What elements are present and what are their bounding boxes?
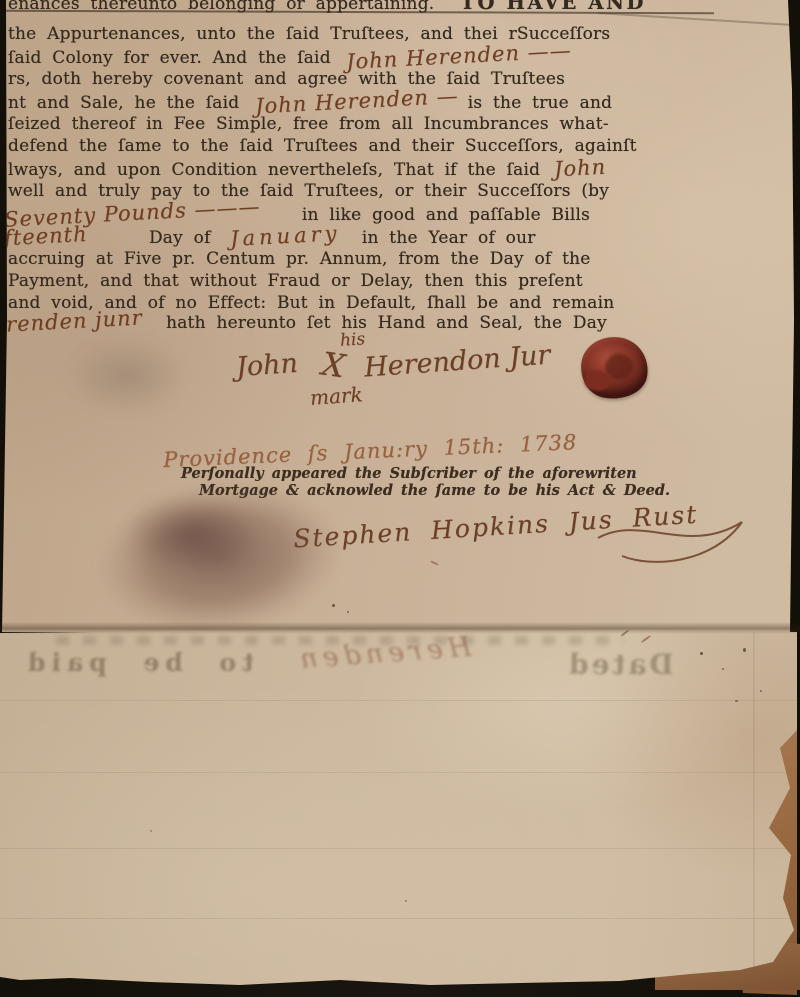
printed-text: lways, and upon Condition nevertheleſs, … <box>8 160 540 180</box>
printed-text: is the true and <box>468 93 612 113</box>
deed-upper-leaf: enances thereunto belonging or appertain… <box>0 0 800 632</box>
printed-line-9: well and truly pay to the ſaid Truſtees,… <box>8 181 609 201</box>
fold-shadow <box>0 622 800 634</box>
show-through-text-dated: Dated <box>566 648 674 681</box>
printed-line-6: ſeized thereof in Fee Simple, free from … <box>8 114 609 134</box>
printed-text: hath hereunto ſet his Hand and Seal, the… <box>166 313 607 333</box>
paper-crease <box>0 848 800 849</box>
printed-text: Day of <box>149 228 211 248</box>
signature-flourish <box>592 512 752 570</box>
printed-text: well and truly pay to the ſaid Truſtees,… <box>8 181 609 201</box>
ink-speck <box>722 668 724 670</box>
ack-printed-line-1: Perſonally appeared the Subſcriber of th… <box>181 465 637 482</box>
ink-speck <box>743 648 746 652</box>
printed-line-11: fteenth Day of January in the Year of ou… <box>8 226 536 248</box>
paper-crease <box>0 918 800 919</box>
blank-lower-leaf: to be paid Herenden Dated <box>0 630 800 997</box>
printed-line-10: Seventy Pounds ——— in like good and paſſ… <box>8 203 590 225</box>
handwritten-name-john: John <box>553 157 606 180</box>
paper-crease <box>0 700 800 701</box>
printed-text: Payment, and that without Fraud or Delay… <box>8 271 583 291</box>
printed-text: in like good and paſſable Bills <box>302 205 590 225</box>
printed-line-4: rs, doth hereby covenant and agree with … <box>8 69 565 89</box>
printed-text: ſaid Colony for ever. And the ſaid <box>8 48 331 68</box>
printed-text: nt and Sale, he the ſaid <box>8 93 239 113</box>
ink-speck <box>405 900 407 902</box>
printed-line-3: ſaid Colony for ever. And the ſaid John … <box>8 46 572 68</box>
ink-speck <box>735 700 738 702</box>
printed-line-5: nt and Sale, he the ſaid John Herenden —… <box>8 91 612 113</box>
handwritten-name-john-herenden: John Herenden —— <box>346 40 572 72</box>
handwritten-january: January <box>230 223 341 249</box>
printed-text: rs, doth hereby covenant and agree with … <box>8 69 565 89</box>
paper-crease-vertical <box>753 632 755 982</box>
printed-text: defend the ſame to the ſaid Truſtees and… <box>8 136 637 156</box>
printed-line-15: renden junr hath hereunto ſet his Hand a… <box>8 311 607 333</box>
ink-speck <box>700 652 703 655</box>
gray-smudge <box>52 328 202 424</box>
printed-line-7: defend the ſame to the ſaid Truſtees and… <box>8 136 637 156</box>
signature-herendon-jur: Herendon Jur <box>363 340 551 384</box>
printed-text: ſeized thereof in Fee Simple, free from … <box>8 114 609 134</box>
show-through-text-left: to be paid <box>22 648 254 677</box>
printed-line-8: lways, and upon Condition nevertheleſs, … <box>8 158 606 180</box>
wax-seal <box>577 332 653 404</box>
printed-line-13: Payment, and that without Fraud or Delay… <box>8 271 583 291</box>
handwritten-name-john-herenden: John Herenden — <box>254 86 458 117</box>
ink-stroke-fragment <box>641 635 652 644</box>
signature-john: John <box>235 348 299 383</box>
his-mark-x: X <box>319 345 347 386</box>
handwritten-fifteenth: fteenth <box>4 224 88 248</box>
ink-speck <box>332 604 335 607</box>
paper-crease <box>0 772 800 773</box>
ink-speck <box>760 690 762 692</box>
printed-text: accruing at Five pr. Centum pr. Annum, f… <box>8 249 591 269</box>
scanned-deed-photograph: enances thereunto belonging or appertain… <box>0 0 800 997</box>
ink-speck <box>150 830 152 832</box>
printed-line-12: accruing at Five pr. Centum pr. Annum, f… <box>8 249 591 269</box>
printed-text: in the Year of our <box>362 228 536 248</box>
ink-speck <box>347 611 349 613</box>
red-fiber <box>430 560 439 566</box>
signature-mark-label: mark <box>309 382 363 410</box>
ink-stain-core <box>112 488 272 580</box>
